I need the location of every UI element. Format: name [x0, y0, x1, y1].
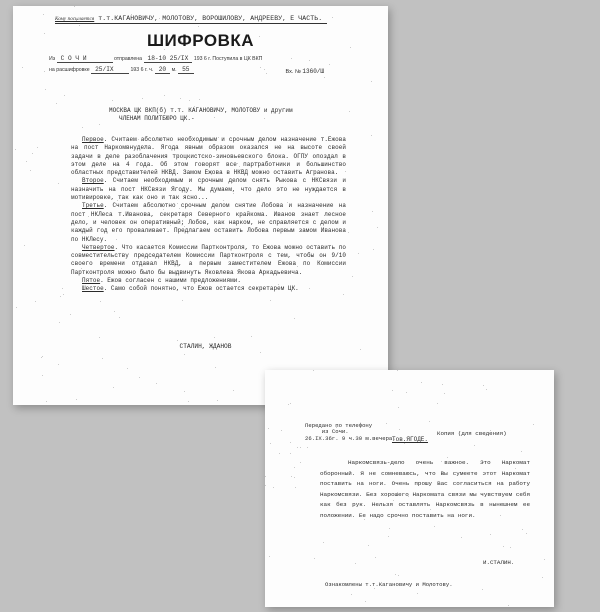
scan-noise	[99, 124, 100, 125]
scan-noise	[389, 528, 390, 529]
scan-noise	[62, 288, 63, 289]
scan-noise	[297, 447, 298, 448]
scan-noise	[113, 387, 114, 388]
scan-noise	[447, 457, 448, 458]
scan-noise	[521, 451, 522, 452]
scan-noise	[223, 200, 224, 201]
scan-noise	[264, 69, 265, 70]
scan-noise	[343, 294, 344, 295]
scan-noise	[184, 391, 185, 392]
scan-noise	[515, 468, 516, 469]
scan-noise	[177, 203, 178, 204]
scan-noise	[360, 349, 361, 350]
inbox-value: 1360/Ш	[302, 68, 324, 75]
scan-noise	[482, 589, 483, 590]
telephone-copy-document: Передано по телефону из Сочи. 26.IX.36г.…	[265, 370, 554, 607]
paragraph-text: . Ежов согласен с нашими предложениями.	[100, 277, 241, 284]
scan-noise	[434, 526, 435, 527]
scan-noise	[522, 529, 523, 530]
scan-noise	[533, 424, 534, 425]
scan-noise	[510, 547, 511, 548]
scan-noise	[288, 404, 289, 405]
scan-noise	[386, 423, 387, 424]
scan-noise	[270, 300, 271, 301]
scan-noise	[345, 171, 346, 172]
scan-noise	[417, 593, 418, 594]
scan-noise	[189, 100, 190, 101]
scan-noise	[184, 226, 185, 227]
scan-noise	[461, 537, 462, 538]
scan-noise	[41, 357, 42, 358]
scan-noise	[260, 67, 261, 68]
scan-noise	[314, 558, 315, 559]
scan-noise	[351, 594, 352, 595]
scan-noise	[281, 430, 282, 431]
scan-noise	[371, 81, 372, 82]
scan-noise	[211, 174, 212, 175]
scan-noise	[395, 574, 396, 575]
scan-noise	[30, 170, 31, 171]
recipients-label: Кому посылается	[55, 17, 94, 22]
scan-noise	[375, 557, 376, 558]
scan-noise	[76, 399, 77, 400]
scan-noise	[355, 563, 356, 564]
scan-noise	[388, 536, 389, 537]
scan-noise	[100, 301, 101, 302]
scan-noise	[408, 496, 409, 497]
header-row-sent: Из С О Ч И отправлена 18-10 25/IX 193 6 …	[49, 55, 262, 63]
scan-noise	[163, 209, 164, 210]
scan-noise	[214, 337, 215, 338]
scan-noise	[63, 294, 64, 295]
scan-noise	[59, 322, 60, 323]
scan-noise	[307, 447, 308, 448]
scan-noise	[178, 36, 179, 37]
scan-noise	[113, 149, 114, 150]
paragraph-1: Наркомсвязь-дело очень важное. Это Нарко…	[320, 458, 530, 521]
scan-noise	[444, 393, 445, 394]
paragraph-2: Второе. Считаем необходимым и срочным де…	[71, 177, 346, 202]
scan-noise	[490, 534, 491, 535]
scan-noise	[60, 296, 61, 297]
scan-noise	[291, 476, 292, 477]
scan-noise	[88, 216, 89, 217]
scan-noise	[364, 519, 365, 520]
scan-noise	[430, 509, 431, 510]
scan-noise	[179, 208, 180, 209]
scan-noise	[232, 182, 233, 183]
scan-noise	[503, 546, 504, 547]
scan-noise	[486, 389, 487, 390]
scan-noise	[220, 15, 221, 16]
scan-noise	[93, 163, 94, 164]
scan-noise	[102, 358, 103, 359]
scan-noise	[56, 103, 57, 104]
scan-noise	[184, 354, 185, 355]
scan-noise	[260, 352, 261, 353]
salutation: Тов.ЯГОДЕ.	[392, 436, 428, 443]
scan-noise	[44, 71, 45, 72]
paragraph-text: . Считаем абсолютно срочным делом снятие…	[71, 202, 346, 242]
scan-noise	[352, 276, 353, 277]
scan-noise	[309, 60, 310, 61]
scan-noise	[81, 268, 82, 269]
scan-noise	[215, 367, 216, 368]
scan-noise	[392, 390, 393, 391]
scan-noise	[251, 336, 252, 337]
paragraph-keyword: Шестое	[82, 285, 104, 292]
scan-noise	[336, 427, 337, 428]
scan-noise	[239, 166, 240, 167]
scan-noise	[131, 14, 132, 15]
scan-noise	[234, 169, 235, 170]
scan-noise	[406, 392, 407, 393]
scan-noise	[264, 118, 265, 119]
paragraph-keyword: Четвертое	[82, 244, 115, 251]
paragraph-5: Пятое. Ежов согласен с нашими предложени…	[71, 277, 346, 285]
scan-noise	[74, 6, 75, 7]
scan-noise	[329, 64, 330, 65]
scan-noise	[290, 403, 291, 404]
scan-noise	[136, 16, 137, 17]
scan-noise	[442, 384, 443, 385]
paragraph-text: . Считаем необходимым и срочным делом сн…	[71, 177, 346, 201]
scan-noise	[270, 443, 271, 444]
scan-noise	[279, 453, 280, 454]
scan-noise	[177, 156, 178, 157]
scan-noise	[350, 47, 351, 48]
scan-noise	[372, 211, 373, 212]
scan-noise	[300, 447, 301, 448]
scan-noise	[261, 205, 262, 206]
paragraph-keyword: Третье	[82, 202, 104, 209]
scan-noise	[218, 137, 219, 138]
scan-noise	[281, 261, 282, 262]
scan-noise	[442, 472, 443, 473]
scan-noise	[297, 266, 298, 267]
scan-noise	[26, 161, 27, 162]
scan-noise	[417, 494, 418, 495]
scan-noise	[278, 284, 279, 285]
scan-noise	[127, 368, 128, 369]
scan-noise	[15, 149, 16, 150]
document-title: ШИФРОВКА	[13, 31, 388, 51]
scan-noise	[429, 586, 430, 587]
addressee-line-2: ЧЛЕНАМ ПОЛИТБЮРО ЦК.-	[109, 115, 329, 123]
paragraph-4: Четвертое. Что касается Комиссии Парткон…	[71, 244, 346, 277]
scan-noise	[377, 227, 378, 228]
scan-noise	[114, 311, 115, 312]
copy-note: Копия (для сведения)	[437, 430, 507, 437]
scan-noise	[99, 256, 100, 257]
scan-noise	[348, 232, 349, 233]
scan-noise	[199, 286, 200, 287]
scan-noise	[58, 183, 59, 184]
scan-noise	[365, 601, 366, 602]
scan-noise	[358, 253, 359, 254]
scan-noise	[188, 401, 189, 402]
scan-noise	[294, 318, 295, 319]
scan-noise	[437, 403, 438, 404]
recipients-value: т.т.КАГАНОВИЧУ, МОЛОТОВУ, ВОРОШИЛОВУ, АН…	[98, 15, 322, 22]
decrypt-hour: 20	[155, 66, 170, 74]
scan-noise	[399, 429, 400, 430]
scan-noise	[429, 421, 430, 422]
inbox-number: Вх. № 1360/Ш	[286, 68, 324, 75]
scan-noise	[198, 26, 199, 27]
scan-noise	[119, 317, 120, 318]
scan-noise	[373, 249, 374, 250]
scan-noise	[237, 163, 238, 164]
scan-noise	[116, 146, 117, 147]
sent-value: 18-10 25/IX	[144, 55, 193, 63]
scan-noise	[287, 202, 288, 203]
sent-year: 193 6 г.	[194, 56, 211, 62]
telegram-body: Первое. Считаем абсолютно необходимым и …	[71, 136, 346, 294]
sent-label: отправлена	[114, 56, 142, 62]
scan-noise	[542, 577, 543, 578]
scan-noise	[313, 370, 314, 371]
decrypt-label: на расшифровке	[49, 67, 90, 73]
scan-noise	[404, 443, 405, 444]
scan-noise	[142, 98, 143, 99]
scan-noise	[441, 461, 442, 462]
scan-noise	[46, 401, 47, 402]
scan-noise	[201, 183, 202, 184]
scan-noise	[352, 461, 353, 462]
scan-noise	[44, 33, 45, 34]
scan-noise	[290, 453, 291, 454]
inbox-label: Вх. №	[286, 69, 301, 75]
scan-noise	[182, 181, 183, 182]
scan-noise	[32, 153, 33, 154]
scan-noise	[112, 100, 113, 101]
acknowledgement: Ознакомлены т.т.Кагановичу и Молотову.	[325, 581, 453, 588]
scan-noise	[180, 98, 181, 99]
decrypt-value: 25/IX	[91, 66, 129, 74]
scan-noise	[142, 172, 143, 173]
scan-noise	[164, 49, 165, 50]
scan-noise	[295, 487, 296, 488]
scan-noise	[374, 588, 375, 589]
addressee-block: МОСКВА ЦК ВКП(б) т.т. КАГАНОВИЧУ, МОЛОТО…	[109, 107, 329, 124]
scan-noise	[42, 356, 43, 357]
scan-noise	[76, 20, 77, 21]
scan-noise	[294, 467, 295, 468]
scan-noise	[42, 375, 43, 376]
scan-noise	[332, 17, 333, 18]
paragraph-text: . Считаем абсолютно необходимым и срочны…	[71, 136, 346, 176]
decrypt-min: 55	[178, 66, 193, 74]
scan-noise	[393, 500, 394, 501]
scan-noise	[58, 364, 59, 365]
scan-noise	[335, 493, 336, 494]
from-label: Из	[49, 56, 55, 62]
scan-noise	[181, 41, 182, 42]
scan-noise	[324, 77, 325, 78]
scan-noise	[290, 442, 291, 443]
paragraph-text: . Само собой понятно, что Ежов остается …	[104, 285, 299, 292]
scan-noise	[268, 428, 269, 429]
scan-noise	[182, 300, 183, 301]
from-value: С О Ч И	[57, 55, 113, 63]
scan-noise	[70, 314, 71, 315]
scan-noise	[544, 559, 545, 560]
scan-noise	[138, 139, 139, 140]
scan-noise	[368, 545, 369, 546]
paragraph-keyword: Второе	[82, 177, 104, 184]
scan-noise	[159, 18, 160, 19]
scan-noise	[144, 145, 145, 146]
scan-noise	[43, 14, 44, 15]
paragraph-keyword: Первое	[82, 136, 104, 143]
scan-noise	[134, 148, 135, 149]
scan-noise	[397, 370, 398, 371]
scan-noise	[421, 382, 422, 383]
cipher-telegram-document: Кому посылаетсят.т.КАГАНОВИЧУ, МОЛОТОВУ,…	[13, 6, 388, 405]
decrypt-year: 193 6 г. ч.	[131, 67, 154, 73]
scan-noise	[82, 127, 83, 128]
scan-noise	[99, 337, 100, 338]
scan-noise	[257, 162, 258, 163]
signature: И.СТАЛИН.	[483, 559, 514, 566]
scan-noise	[300, 462, 301, 463]
scan-noise	[313, 170, 314, 171]
scan-noise	[266, 73, 267, 74]
scan-noise	[217, 400, 218, 401]
paragraph-keyword: Пятое	[82, 277, 100, 284]
scan-noise	[64, 95, 65, 96]
scan-noise	[526, 533, 527, 534]
scan-noise	[397, 492, 398, 493]
scan-noise	[259, 36, 260, 37]
scan-noise	[269, 556, 270, 557]
scan-noise	[196, 229, 197, 230]
scan-noise	[192, 171, 193, 172]
scan-noise	[323, 542, 324, 543]
scan-noise	[309, 288, 310, 289]
scan-noise	[483, 385, 484, 386]
scan-noise	[194, 106, 195, 107]
scan-noise	[500, 515, 501, 516]
scan-noise	[508, 605, 509, 606]
addressee-line-1: МОСКВА ЦК ВКП(б) т.т. КАГАНОВИЧУ, МОЛОТО…	[109, 107, 329, 115]
scan-noise	[37, 147, 38, 148]
header-row-decrypt: на расшифровке 25/IX 193 6 г. ч. 20 м. 5…	[49, 66, 194, 74]
scan-noise	[265, 476, 266, 477]
letter-body: Наркомсвязь-дело очень важное. Это Нарко…	[320, 458, 530, 521]
scan-noise	[379, 437, 380, 438]
scan-noise	[398, 407, 399, 408]
scan-noise	[156, 383, 157, 384]
scan-noise	[273, 487, 274, 488]
scan-noise	[170, 225, 171, 226]
scan-noise	[268, 264, 269, 265]
decrypt-min-label: м.	[172, 67, 177, 73]
signature: СТАЛИН, ЖДАНОВ	[13, 343, 388, 350]
scan-noise	[79, 25, 80, 26]
paragraph-6: Шестое. Само собой понятно, что Ежов ост…	[71, 285, 346, 293]
scan-noise	[116, 239, 117, 240]
scan-noise	[164, 95, 165, 96]
scan-noise	[233, 193, 234, 194]
scan-noise	[45, 89, 46, 90]
paragraph-3: Третье. Считаем абсолютно срочным делом …	[71, 202, 346, 243]
scan-noise	[16, 307, 17, 308]
scan-noise	[265, 485, 266, 486]
scan-noise	[490, 430, 491, 431]
scan-noise	[371, 135, 372, 136]
scan-noise	[177, 340, 178, 341]
scan-noise	[247, 40, 248, 41]
scan-noise	[214, 117, 215, 118]
scan-noise	[474, 445, 475, 446]
scan-noise	[24, 245, 25, 246]
scan-noise	[35, 301, 36, 302]
scan-noise	[398, 575, 399, 576]
scan-noise	[233, 390, 234, 391]
paragraph-1: Первое. Считаем абсолютно необходимым и …	[71, 136, 346, 177]
scan-noise	[349, 111, 350, 112]
recipients-line: Кому посылаетсят.т.КАГАНОВИЧУ, МОЛОТОВУ,…	[55, 15, 327, 24]
scan-noise	[133, 69, 134, 70]
received-label: Поступила в ЦК ВКП	[212, 56, 262, 62]
scan-noise	[139, 377, 140, 378]
scan-noise	[291, 58, 292, 59]
scan-noise	[199, 99, 200, 100]
scan-noise	[294, 477, 295, 478]
scan-noise	[117, 200, 118, 201]
scan-noise	[22, 67, 23, 68]
transmission-note: Передано по телефону из Сочи. 26.IX.36г.…	[305, 423, 396, 442]
scan-noise	[293, 261, 294, 262]
scan-noise	[425, 504, 426, 505]
